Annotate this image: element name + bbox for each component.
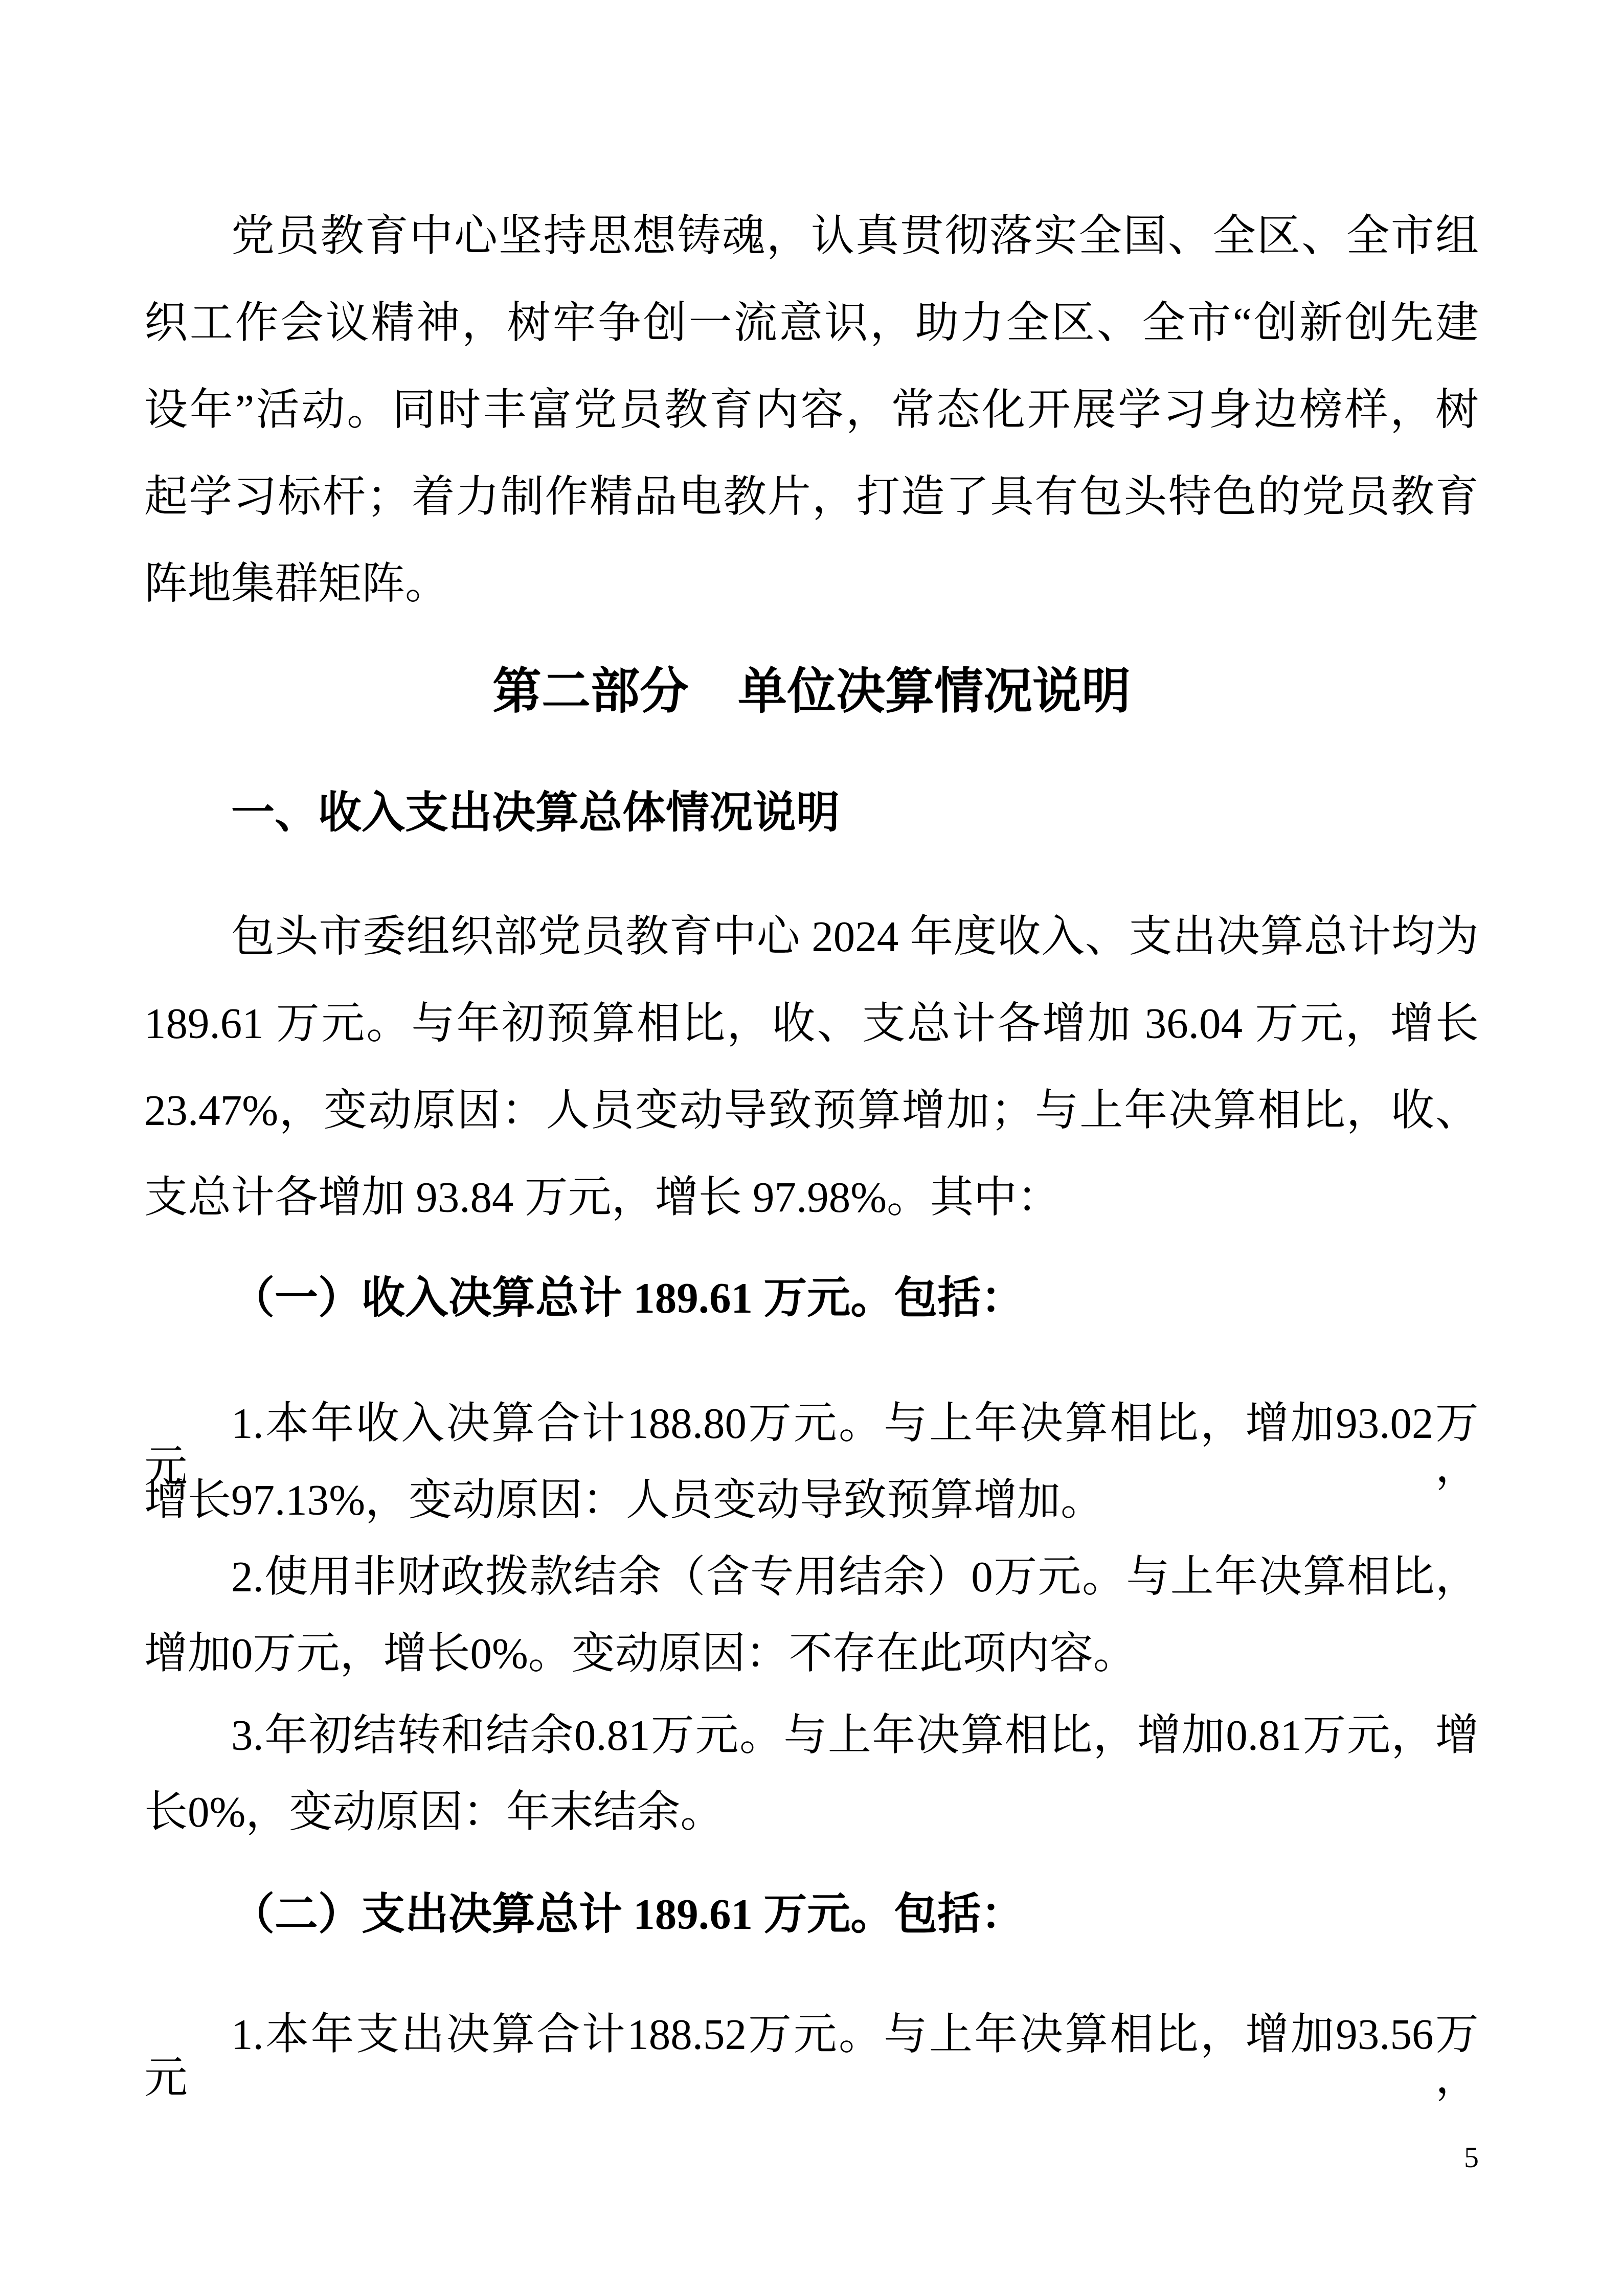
para1-line-5: 阵地集群矩阵。	[144, 562, 1479, 606]
income-item1-line-2: 增长97.13%，变动原因：人员变动导致预算增加。	[144, 1479, 1479, 1522]
para2-line-1: 包头市委组织部党员教育中心 2024 年度收入、支出决算总计均为	[144, 915, 1479, 959]
expense-total-heading: （二）支出决算总计 189.61 万元。包括：	[144, 1893, 1479, 1937]
para2-line-2: 189.61 万元。与年初预算相比，收、支总计各增加 36.04 万元，增长	[144, 1002, 1479, 1046]
para2-line-3: 23.47%，变动原因：人员变动导致预算增加；与上年决算相比，收、	[144, 1089, 1479, 1133]
income-total-heading: （一）收入决算总计 189.61 万元。包括：	[144, 1277, 1479, 1320]
para2-line-4: 支总计各增加 93.84 万元，增长 97.98%。其中：	[144, 1176, 1479, 1220]
para1-line-2: 织工作会议精神，树牢争创一流意识，助力全区、全市“创新创先建	[144, 302, 1479, 345]
page-number: 5	[1464, 2143, 1479, 2172]
income-item2-line-2: 增加0万元，增长0%。变动原因：不存在此项内容。	[144, 1632, 1479, 1676]
subsection-heading: 一、收入支出决算总体情况说明	[144, 791, 1479, 835]
para1-line-1: 党员教育中心坚持思想铸魂，认真贯彻落实全国、全区、全市组	[144, 215, 1479, 258]
income-item3-line-2: 长0%，变动原因：年末结余。	[144, 1791, 1479, 1834]
section-heading: 第二部分 单位决算情况说明	[144, 667, 1479, 716]
expense-item1-line-1: 1.本年支出决算合计188.52万元。与上年决算相比，增加93.56万元，	[144, 2013, 1479, 2100]
income-item2-line-1: 2.使用非财政拨款结余（含专用结余）0万元。与上年决算相比，	[144, 1556, 1479, 1599]
document-page: 党员教育中心坚持思想铸魂，认真贯彻落实全国、全区、全市组 织工作会议精神，树牢争…	[0, 0, 1623, 2296]
income-item3-line-1: 3.年初结转和结余0.81万元。与上年决算相比，增加0.81万元，增	[144, 1714, 1479, 1758]
para1-line-3: 设年”活动。同时丰富党员教育内容，常态化开展学习身边榜样，树	[144, 389, 1479, 432]
para1-line-4: 起学习标杆；着力制作精品电教片，打造了具有包头特色的党员教育	[144, 476, 1479, 519]
